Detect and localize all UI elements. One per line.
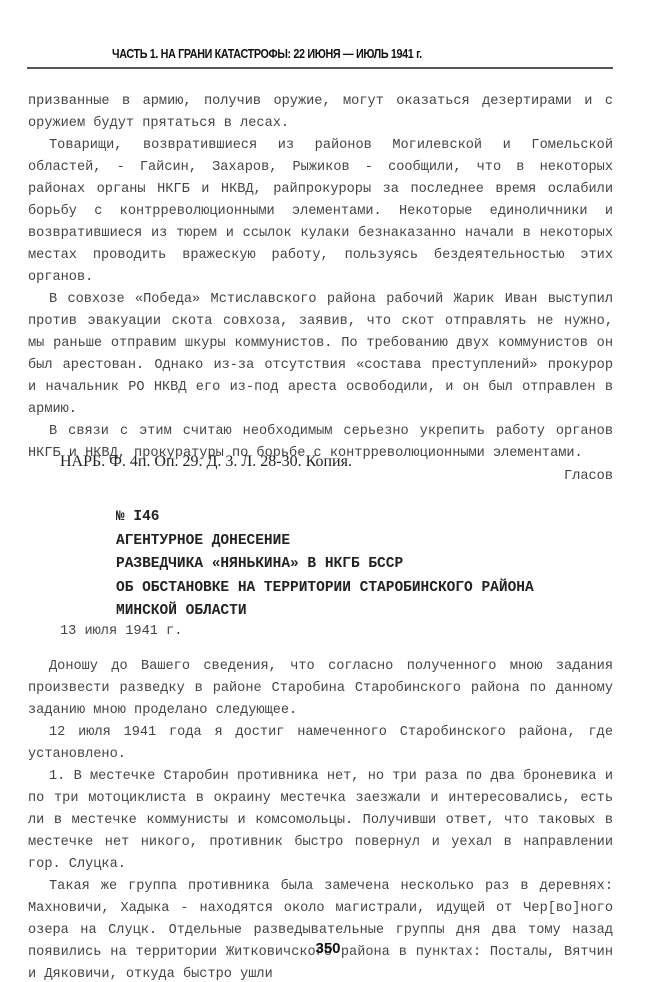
header-rule bbox=[27, 67, 613, 69]
document-title-line: ОБ ОБСТАНОВКЕ НА ТЕРРИТОРИИ СТАРОБИНСКОГ… bbox=[116, 577, 534, 601]
document-title-line: МИНСКОЙ ОБЛАСТИ bbox=[116, 600, 534, 624]
paragraph: призванные в армию, получив оружие, могу… bbox=[28, 91, 613, 135]
document-title-line: АГЕНТУРНОЕ ДОНЕСЕНИЕ bbox=[116, 530, 534, 554]
document-body: Доношу до Вашего сведения, что согласно … bbox=[28, 656, 613, 982]
paragraph: Доношу до Вашего сведения, что согласно … bbox=[28, 656, 613, 722]
archive-reference: НАРБ. Ф. 4п. Оп. 29. Д. 3. Л. 28-30. Коп… bbox=[60, 453, 352, 471]
paragraph: 12 июля 1941 года я достиг намеченного С… bbox=[28, 722, 613, 766]
document-number: № I46 bbox=[116, 506, 534, 530]
running-header-title: ЧАСТЬ 1. НА ГРАНИ КАТАСТРОФЫ: 22 ИЮНЯ — … bbox=[112, 47, 422, 61]
document-date: 13 июля 1941 г. bbox=[60, 624, 182, 639]
paragraph: Такая же группа противника была замечена… bbox=[28, 876, 613, 982]
page-number: 350 bbox=[0, 940, 656, 957]
document-title-line: РАЗВЕДЧИКА «НЯНЬКИНА» В НКГБ БССР bbox=[116, 553, 534, 577]
paragraph: 1. В местечке Старобин противника нет, н… bbox=[28, 766, 613, 876]
paragraph: В совхозе «Победа» Мстиславского района … bbox=[28, 289, 613, 421]
paragraph: Товарищи, возвратившиеся из районов Моги… bbox=[28, 135, 613, 289]
document-heading: № I46 АГЕНТУРНОЕ ДОНЕСЕНИЕ РАЗВЕДЧИКА «Н… bbox=[116, 506, 534, 624]
previous-document-body: призванные в армию, получив оружие, могу… bbox=[28, 91, 613, 488]
